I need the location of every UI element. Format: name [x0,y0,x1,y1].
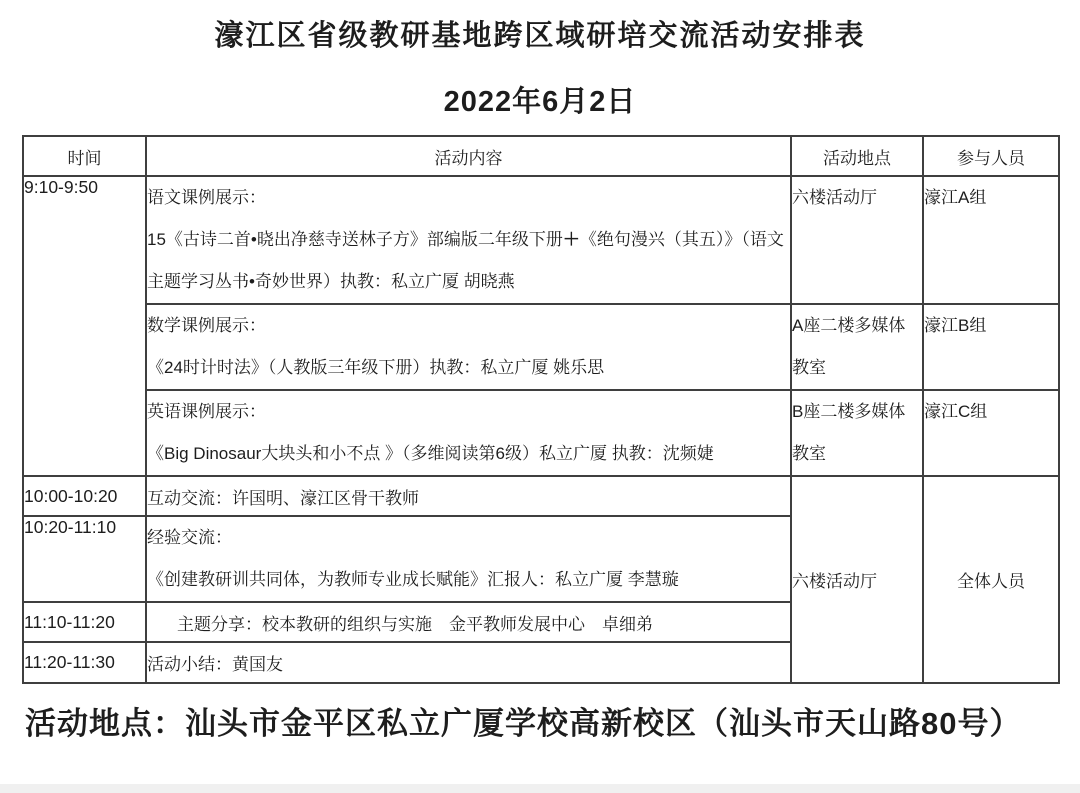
session-detail: 《Big Dinosaur大块头和小不点 》（多维阅读第6级）私立广厦 执教：沈… [147,433,790,475]
session-detail: 15《古诗二首•晓出净慈寺送林子方》部编版二年级下册＋《绝句漫兴（其五）》（语文… [147,219,790,303]
session-title: 经验交流： [147,517,790,559]
session-title: 数学课例展示： [147,305,790,347]
table-header-row: 时间 活动内容 活动地点 参与人员 [23,136,1059,176]
header-activity-location: 活动地点 [791,136,923,176]
content-cell-chinese-lesson: 语文课例展示： 15《古诗二首•晓出净慈寺送林子方》部编版二年级下册＋《绝句漫兴… [146,176,791,304]
document-date: 2022年6月2日 [0,79,1080,120]
schedule-table: 时间 活动内容 活动地点 参与人员 9:10-9:50 语文课例展示： 15《古… [22,135,1060,684]
location-cell-merged: 六楼活动厅 [791,476,923,683]
time-cell: 10:00-10:20 [23,476,146,516]
table-row: 英语课例展示： 《Big Dinosaur大块头和小不点 》（多维阅读第6级）私… [23,390,1059,476]
table-row: 10:00-10:20 互动交流：许国明、濠江区骨干教师 六楼活动厅 全体人员 [23,476,1059,516]
detail-text-pre: 15《古诗二首•晓出净慈寺送林子方》部编版二年级下册 [147,230,563,249]
table-row: 数学课例展示： 《24时计时法》（人教版三年级下册）执教：私立广厦 姚乐思 A座… [23,304,1059,390]
header-participants: 参与人员 [923,136,1059,176]
time-cell-morning: 9:10-9:50 [23,176,146,476]
content-cell-math-lesson: 数学课例展示： 《24时计时法》（人教版三年级下册）执教：私立广厦 姚乐思 [146,304,791,390]
document-title: 濠江区省级教研基地跨区域研培交流活动安排表 [0,13,1080,54]
participants-cell: 濠江C组 [923,390,1059,476]
venue-note: 活动地点：汕头市金平区私立广厦学校高新校区（汕头市天山路80号） [25,694,1055,753]
content-cell-activity-summary: 活动小结：黄国友 [146,642,791,683]
session-title: 英语课例展示： [147,391,790,433]
participants-cell: 濠江B组 [923,304,1059,390]
session-detail: 《24时计时法》（人教版三年级下册）执教：私立广厦 姚乐思 [147,347,790,389]
time-cell: 10:20-11:10 [23,516,146,602]
heavy-plus-icon: ＋ [563,230,580,249]
bottom-strip [0,784,1080,793]
time-cell: 11:10-11:20 [23,602,146,642]
time-cell: 11:20-11:30 [23,642,146,683]
header-activity-content: 活动内容 [146,136,791,176]
session-detail: 《创建教研训共同体，为教师专业成长赋能》汇报人：私立广厦 李慧璇 [147,559,790,601]
content-cell-interactive-exchange: 互动交流：许国明、濠江区骨干教师 [146,476,791,516]
location-cell: A座二楼多媒体教室 [791,304,923,390]
session-title: 语文课例展示： [147,177,790,219]
participants-cell: 濠江A组 [923,176,1059,304]
content-cell-english-lesson: 英语课例展示： 《Big Dinosaur大块头和小不点 》（多维阅读第6级）私… [146,390,791,476]
participants-cell-merged: 全体人员 [923,476,1059,683]
header-time: 时间 [23,136,146,176]
content-cell-theme-sharing: 主题分享：校本教研的组织与实施 金平教师发展中心 卓细弟 [146,602,791,642]
content-cell-experience-exchange: 经验交流： 《创建教研训共同体，为教师专业成长赋能》汇报人：私立广厦 李慧璇 [146,516,791,602]
location-cell: B座二楼多媒体教室 [791,390,923,476]
location-cell: 六楼活动厅 [791,176,923,304]
table-row: 9:10-9:50 语文课例展示： 15《古诗二首•晓出净慈寺送林子方》部编版二… [23,176,1059,304]
